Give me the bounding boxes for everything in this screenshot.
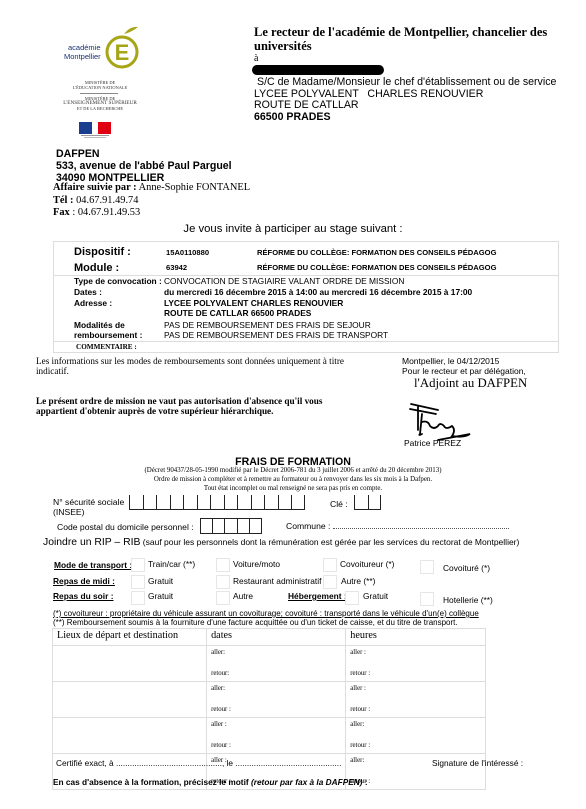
logo-divider (80, 93, 118, 94)
checkbox-lunch-other[interactable] (323, 575, 337, 589)
rib-instruction: Joindre un RIP – RIB (sauf pour les pers… (43, 537, 519, 548)
module-title: RÉFORME DU COLLÈGE: FORMATION DES CONSEI… (257, 263, 497, 272)
digit-box[interactable] (156, 495, 170, 510)
stage-details-box: Dispositif : 15A0110880 RÉFORME DU COLLÈ… (53, 241, 559, 353)
lunch-label: Repas de midi : (53, 576, 115, 586)
fax: Fax : 04.67.91.49.53 (53, 207, 250, 220)
recipient-block: Le recteur de l'académie de Montpellier,… (254, 25, 574, 123)
trips-header-row: Lieux de départ et destination dates heu… (53, 629, 486, 646)
lodging-label: Hébergement : (288, 591, 347, 601)
checkbox-carpool-passenger[interactable] (420, 560, 434, 574)
delegation: Pour le recteur et par délégation, (402, 367, 572, 377)
type-value: CONVOCATION DE STAGIAIRE VALANT ORDRE DE… (164, 277, 404, 287)
reimbursement-info-note: Les informations sur les modes de rembou… (36, 356, 346, 377)
redacted-name (252, 65, 384, 75)
rector-heading: Le recteur de l'académie de Montpellier,… (254, 25, 574, 53)
trip-hours-cell[interactable]: aller :retour : (346, 646, 486, 682)
absence-reason-label: En cas d'absence à la formation, précise… (53, 777, 368, 787)
dates-value: du mercredi 16 décembre 2015 à 14:00 au … (164, 288, 472, 298)
digit-box[interactable] (237, 495, 251, 510)
logo-academie-text: académie (68, 44, 101, 52)
modalites-label: Modalités de remboursement : (74, 321, 142, 340)
table-row: aller:retour:aller :retour : (53, 646, 486, 682)
ministry-higher-ed-text: MINISTÈRE DE L'ENSEIGNEMENT SUPÉRIEUR ET… (60, 96, 140, 111)
checkbox-lunch-free[interactable] (131, 575, 145, 589)
trip-places-cell[interactable] (53, 682, 207, 718)
digit-box[interactable] (224, 495, 238, 510)
digit-box[interactable] (291, 495, 305, 510)
dispositif-code: 15A0110880 (166, 248, 209, 257)
table-row: aller:retour :aller :retour : (53, 682, 486, 718)
comment-label: COMMENTAIRE : (76, 343, 137, 351)
signatory-name: Patrice PEREZ (404, 438, 461, 448)
invite-heading: Je vous invite à participer au stage sui… (0, 223, 586, 235)
sender-block: DAFPEN 533, avenue de l'abbé Paul Pargue… (56, 149, 232, 184)
option-carpool-driver: Covoitureur (*) (340, 559, 394, 569)
transport-label: Mode de transport : (54, 560, 132, 570)
svg-text:E: E (115, 40, 130, 65)
commune-field[interactable]: Commune : (286, 521, 509, 531)
signature-field-label: Signature de l'intéressé : (432, 758, 523, 768)
tel: Tél : 04.67.91.49.74 (53, 195, 250, 208)
dinner-label: Repas du soir : (53, 591, 114, 601)
ssn-key-input[interactable] (354, 495, 381, 510)
option-train: Train/car (**) (148, 559, 195, 569)
col-header-places: Lieux de départ et destination (53, 629, 207, 646)
checkbox-lodging-free[interactable] (345, 591, 359, 605)
option-car: Voiture/moto (233, 559, 280, 569)
recipient-street: ROUTE DE CATLLAR (254, 100, 574, 112)
module-label: Module : (74, 262, 119, 274)
followed-by: Affaire suivie par : Anne-Sophie FONTANE… (53, 182, 250, 195)
recipient-city: 66500 PRADES (254, 112, 574, 124)
frais-subtitle: (Décret 90437/28-05-1990 modifié par le … (0, 467, 586, 493)
table-row: aller :retour :aller:retour : (53, 718, 486, 754)
logo-montpellier-text: Montpellier (64, 53, 101, 61)
absence-warning-note: Le présent ordre de mission ne vaut pas … (36, 396, 336, 417)
type-label: Type de convocation : (74, 277, 162, 287)
recipient-cover: S/C de Madame/Monsieur le chef d'établis… (254, 77, 574, 89)
checkbox-carpool-driver[interactable] (323, 558, 337, 572)
contact-block: Affaire suivie par : Anne-Sophie FONTANE… (53, 182, 250, 220)
modalites-value: PAS DE REMBOURSEMENT DES FRAIS DE SEJOUR… (164, 321, 388, 340)
checkbox-dinner-other[interactable] (216, 591, 230, 605)
option-carpool-passenger: Covoituré (*) (443, 563, 490, 573)
digit-box[interactable] (170, 495, 184, 510)
footnote-carpool: (*) covoitureur : propriétaire du véhicu… (53, 609, 479, 618)
address-label: Adresse : (74, 299, 112, 309)
col-header-dates: dates (207, 629, 346, 646)
postal-label: Code postal du domicile personnel : (57, 522, 194, 532)
recipient-to: à (254, 53, 574, 64)
republic-flag-icon (79, 122, 111, 140)
ssn-label: N° sécurité sociale (INSEE) (53, 497, 124, 517)
footnote-reimbursement: (**) Remboursement soumis à la fournitur… (53, 618, 458, 627)
checkbox-dinner-free[interactable] (131, 591, 145, 605)
col-header-hours: heures (346, 629, 486, 646)
digit-box[interactable] (251, 495, 265, 510)
academy-logo: académie Montpellier E MINISTÈRE DE L'ÉD… (60, 22, 150, 140)
digit-box[interactable] (197, 495, 211, 510)
trip-dates-cell[interactable]: aller:retour: (207, 646, 346, 682)
module-code: 63942 (166, 263, 187, 272)
stage-divider-2 (54, 341, 558, 342)
digit-box[interactable] (210, 495, 224, 510)
signatory-role: l'Adjoint au DAFPEN (402, 376, 572, 390)
option-dinner-free: Gratuit (148, 591, 173, 601)
checkbox-train[interactable] (131, 558, 145, 572)
option-lodging-hotel: Hotellerie (**) (443, 595, 493, 605)
option-lunch-admin: Restaurant administratif (233, 576, 321, 586)
certification-line[interactable]: Certifié exact, à ......................… (56, 758, 341, 768)
key-label: Clé : (330, 499, 348, 509)
trip-places-cell[interactable] (53, 646, 207, 682)
handwritten-signature-icon (408, 400, 474, 442)
ministry-education-text: MINISTÈRE DE L'ÉDUCATION NATIONALE (60, 80, 140, 90)
checkbox-lunch-admin[interactable] (216, 575, 230, 589)
trip-hours-cell[interactable]: aller :retour : (346, 682, 486, 718)
dispositif-title: RÉFORME DU COLLÈGE: FORMATION DES CONSEI… (257, 248, 497, 257)
digit-box[interactable] (129, 495, 143, 510)
digit-box[interactable] (368, 495, 382, 510)
trip-places-cell[interactable] (53, 718, 207, 754)
address-value: LYCEE POLYVALENT CHARLES RENOUVIER ROUTE… (164, 299, 343, 318)
signature-block: Montpellier, le 04/12/2015 Pour le recte… (402, 357, 572, 390)
option-lunch-free: Gratuit (148, 576, 173, 586)
dispositif-label: Dispositif : (74, 246, 131, 258)
digit-box[interactable] (354, 495, 368, 510)
digit-box[interactable] (183, 495, 197, 510)
sender-street: 533, avenue de l'abbé Paul Parguel (56, 161, 232, 173)
dates-label: Dates : (74, 288, 102, 298)
postal-digit-box[interactable] (249, 518, 262, 534)
digit-box[interactable] (264, 495, 278, 510)
trip-dates-cell[interactable]: aller:retour : (207, 682, 346, 718)
option-dinner-other: Autre (233, 591, 253, 601)
postal-code-input[interactable] (201, 518, 262, 534)
checkbox-car[interactable] (216, 558, 230, 572)
option-lunch-other: Autre (**) (341, 576, 375, 586)
option-lodging-free: Gratuit (363, 591, 388, 601)
ssn-input[interactable] (129, 495, 305, 510)
digit-box[interactable] (143, 495, 157, 510)
digit-box[interactable] (278, 495, 292, 510)
checkbox-lodging-hotel[interactable] (420, 592, 434, 606)
education-emblem-icon: E (102, 24, 142, 74)
trip-hours-cell[interactable]: aller:retour : (346, 718, 486, 754)
trip-dates-cell[interactable]: aller :retour : (207, 718, 346, 754)
